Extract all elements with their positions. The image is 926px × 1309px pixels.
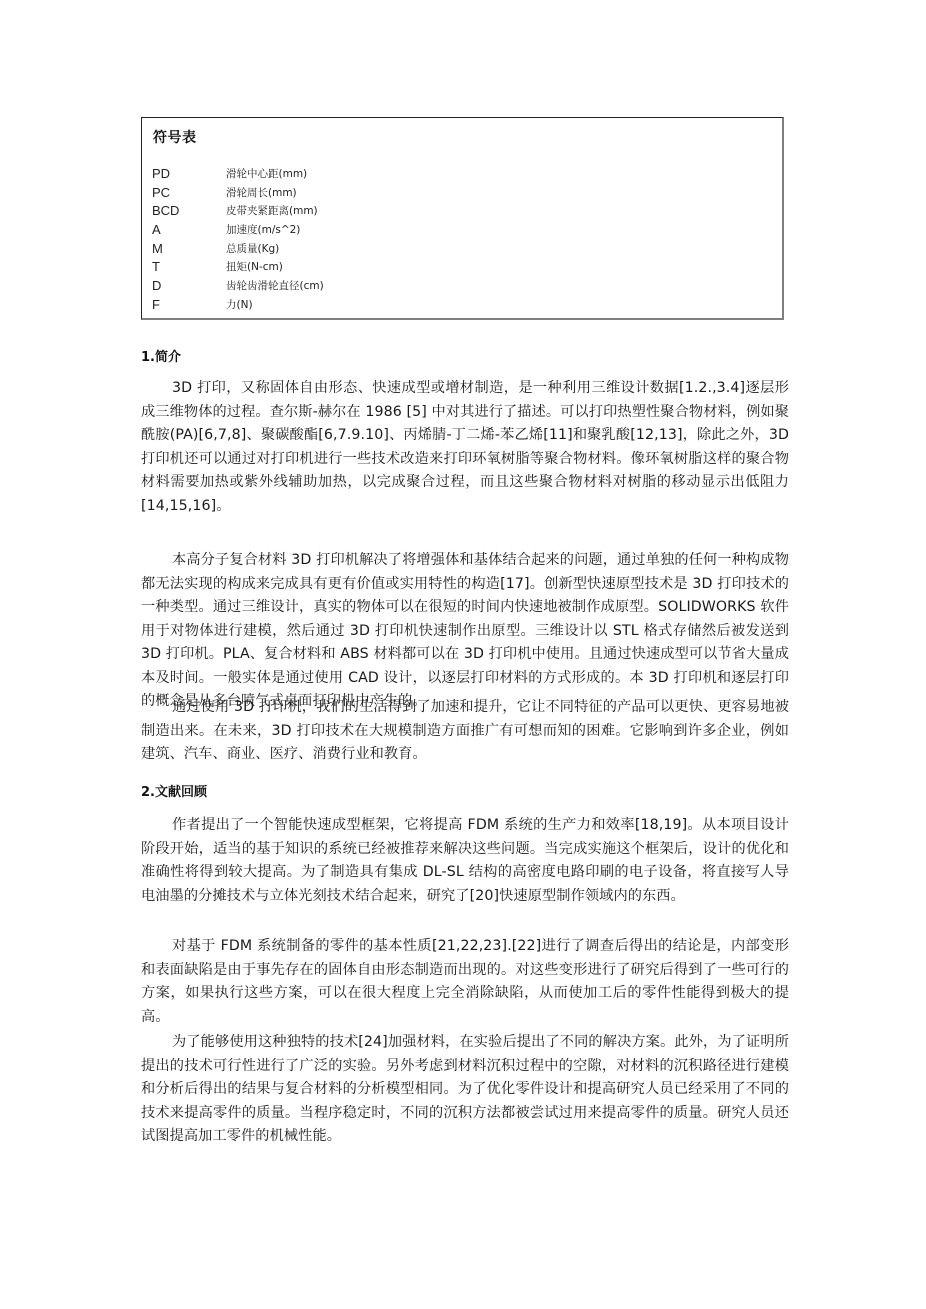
section-heading-literature-review: 2.文献回顾: [141, 781, 207, 800]
paragraph: 本高分子复合材料 3D 打印机解决了将增强体和基体结合起来的问题，通过单独的任何…: [141, 549, 789, 714]
symbol: T: [152, 259, 226, 274]
symbol-description: 皮带夹紧距离(mm): [226, 203, 318, 218]
paragraph: 为了能够使用这种独特的技术[24]加强材料，在实验后提出了不同的解决方案。此外，…: [141, 1031, 789, 1149]
symbol-row: PC滑轮周长(mm): [152, 183, 324, 202]
symbol-row: F力(N): [152, 295, 324, 314]
symbol-description: 滑轮周长(mm): [226, 185, 297, 200]
symbol: M: [152, 241, 226, 256]
symbol-row: A加速度(m/s^2): [152, 220, 324, 239]
paragraph: 对基于 FDM 系统制备的零件的基本性质[21,22,23].[22]进行了调查…: [141, 935, 789, 1029]
symbol-description: 齿轮齿滑轮直径(cm): [226, 278, 324, 293]
symbol-table-title: 符号表: [153, 127, 197, 147]
symbol: A: [152, 222, 226, 237]
section-heading-introduction: 1.简介: [141, 346, 181, 365]
symbol-table-rows: PD滑轮中心距(mm) PC滑轮周长(mm) BCD皮带夹紧距离(mm) A加速…: [152, 164, 324, 314]
symbol-row: PD滑轮中心距(mm): [152, 164, 324, 183]
symbol: BCD: [152, 203, 226, 218]
symbol-row: T扭矩(N-cm): [152, 257, 324, 276]
symbol-description: 扭矩(N-cm): [226, 259, 283, 274]
symbol-description: 力(N): [226, 297, 253, 312]
symbol-row: M总质量(Kg): [152, 239, 324, 258]
symbol: PC: [152, 185, 226, 200]
symbol-row: BCD皮带夹紧距离(mm): [152, 201, 324, 220]
paragraph: 通过使用 3D 打印机，我们的生活得到了加速和提升，它让不同特征的产品可以更快、…: [141, 696, 789, 767]
symbol-description: 加速度(m/s^2): [226, 222, 300, 237]
symbol: PD: [152, 166, 226, 181]
symbol: D: [152, 278, 226, 293]
paragraph: 作者提出了一个智能快速成型框架，它将提高 FDM 系统的生产力和效率[18,19…: [141, 814, 789, 908]
symbol-description: 滑轮中心距(mm): [226, 166, 307, 181]
symbol-description: 总质量(Kg): [226, 241, 279, 256]
symbol-row: D齿轮齿滑轮直径(cm): [152, 276, 324, 295]
symbol: F: [152, 297, 226, 312]
symbol-table: 符号表 PD滑轮中心距(mm) PC滑轮周长(mm) BCD皮带夹紧距离(mm)…: [141, 117, 784, 320]
paragraph: 3D 打印，又称固体自由形态、快速成型或增材制造，是一种利用三维设计数据[1.2…: [141, 377, 789, 518]
